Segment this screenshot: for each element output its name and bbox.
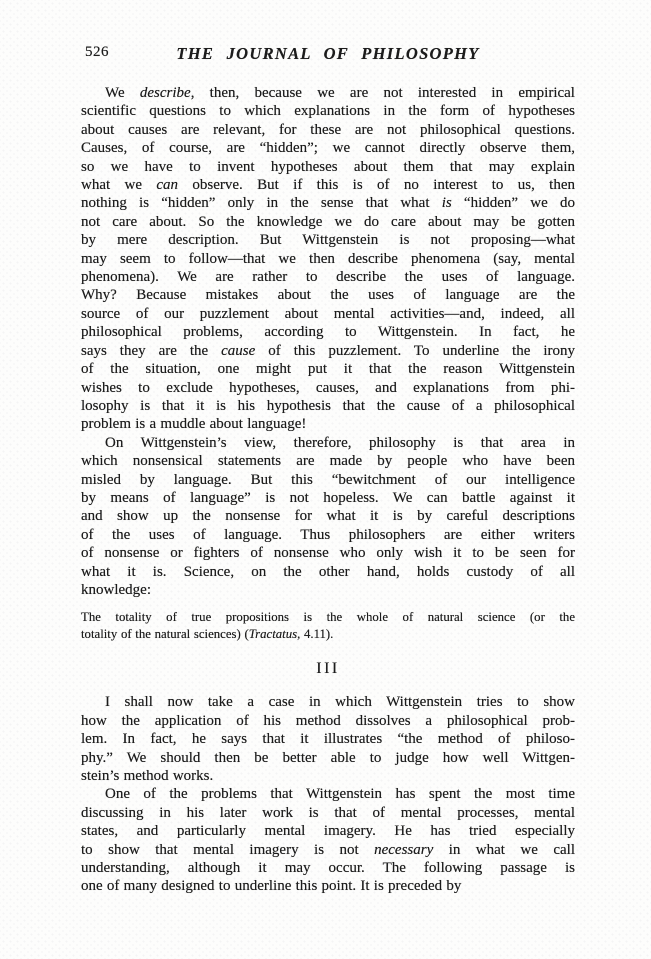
text-line: totality of the natural sciences) (Tract…: [81, 626, 575, 643]
text-line: source of our puzzlement about mental ac…: [81, 305, 575, 323]
page-header: 526 THE JOURNAL OF PHILOSOPHY: [81, 44, 575, 64]
paragraph-i-shall-now: I shall now take a case in which Wittgen…: [81, 693, 575, 785]
text-line: says they are the cause of this puzzleme…: [81, 342, 575, 360]
text-line: Causes, of course, are “hidden”; we cann…: [81, 139, 575, 157]
text-line: phenomena). We are rather to describe th…: [81, 268, 575, 286]
text-line: states, and particularly mental imagery.…: [81, 822, 575, 840]
text-line: phy.” We should then be better able to j…: [81, 749, 575, 767]
section-heading-iii: III: [81, 660, 575, 678]
text-line: to show that mental imagery is not neces…: [81, 841, 575, 859]
text-line: stein’s method works.: [81, 767, 575, 785]
text-line: which nonsensical statements are made by…: [81, 452, 575, 470]
text-line: understanding, although it may occur. Th…: [81, 859, 575, 877]
journal-page: 526 THE JOURNAL OF PHILOSOPHY We describ…: [0, 0, 651, 896]
text-line: We describe, then, because we are not in…: [81, 84, 575, 102]
text-line: wishes to exclude hypotheses, causes, an…: [81, 379, 575, 397]
text-line: I shall now take a case in which Wittgen…: [81, 693, 575, 711]
text-line: scientific questions to which explanatio…: [81, 102, 575, 120]
text-line: how the application of his method dissol…: [81, 712, 575, 730]
text-line: what we can observe. But if this is of n…: [81, 176, 575, 194]
text-line: by means of language” is not hopeless. W…: [81, 489, 575, 507]
text-line: One of the problems that Wittgenstein ha…: [81, 785, 575, 803]
paragraph-wittgensteins-view: On Wittgenstein’s view, therefore, philo…: [81, 434, 575, 600]
text-line: losophy is that it is his hypothesis tha…: [81, 397, 575, 415]
text-line: of the situation, one might put it that …: [81, 360, 575, 378]
text-line: about causes are relevant, for these are…: [81, 121, 575, 139]
paragraph-one-of-the-problems: One of the problems that Wittgenstein ha…: [81, 785, 575, 895]
blockquote-tractatus: The totality of true propositions is the…: [81, 609, 575, 643]
text-line: discussing in his later work is that of …: [81, 804, 575, 822]
text-line: On Wittgenstein’s view, therefore, philo…: [81, 434, 575, 452]
article-body: We describe, then, because we are not in…: [81, 84, 575, 896]
text-line: and show up the nonsense for what it is …: [81, 507, 575, 525]
text-line: one of many designed to underline this p…: [81, 877, 575, 895]
text-line: may seem to follow—that we then describe…: [81, 250, 575, 268]
text-line: nothing is “hidden” only in the sense th…: [81, 194, 575, 212]
text-line: what it is. Science, on the other hand, …: [81, 563, 575, 581]
text-line: Why? Because mistakes about the uses of …: [81, 286, 575, 304]
text-line: philosophical problems, according to Wit…: [81, 323, 575, 341]
text-line: so we have to invent hypotheses about th…: [81, 158, 575, 176]
text-line: misled by language. But this “bewitchmen…: [81, 471, 575, 489]
journal-title: THE JOURNAL OF PHILOSOPHY: [81, 44, 575, 64]
text-line: problem is a muddle about language!: [81, 415, 575, 433]
page-number: 526: [85, 44, 109, 61]
text-line: not care about. So the knowledge we do c…: [81, 213, 575, 231]
paragraph-we-describe: We describe, then, because we are not in…: [81, 84, 575, 434]
text-line: by mere description. But Wittgenstein is…: [81, 231, 575, 249]
text-line: knowledge:: [81, 581, 575, 599]
text-line: of the uses of language. Thus philosophe…: [81, 526, 575, 544]
text-line: The totality of true propositions is the…: [81, 609, 575, 626]
text-line: of nonsense or fighters of nonsense who …: [81, 544, 575, 562]
text-line: lem. In fact, he says that it illustrate…: [81, 730, 575, 748]
